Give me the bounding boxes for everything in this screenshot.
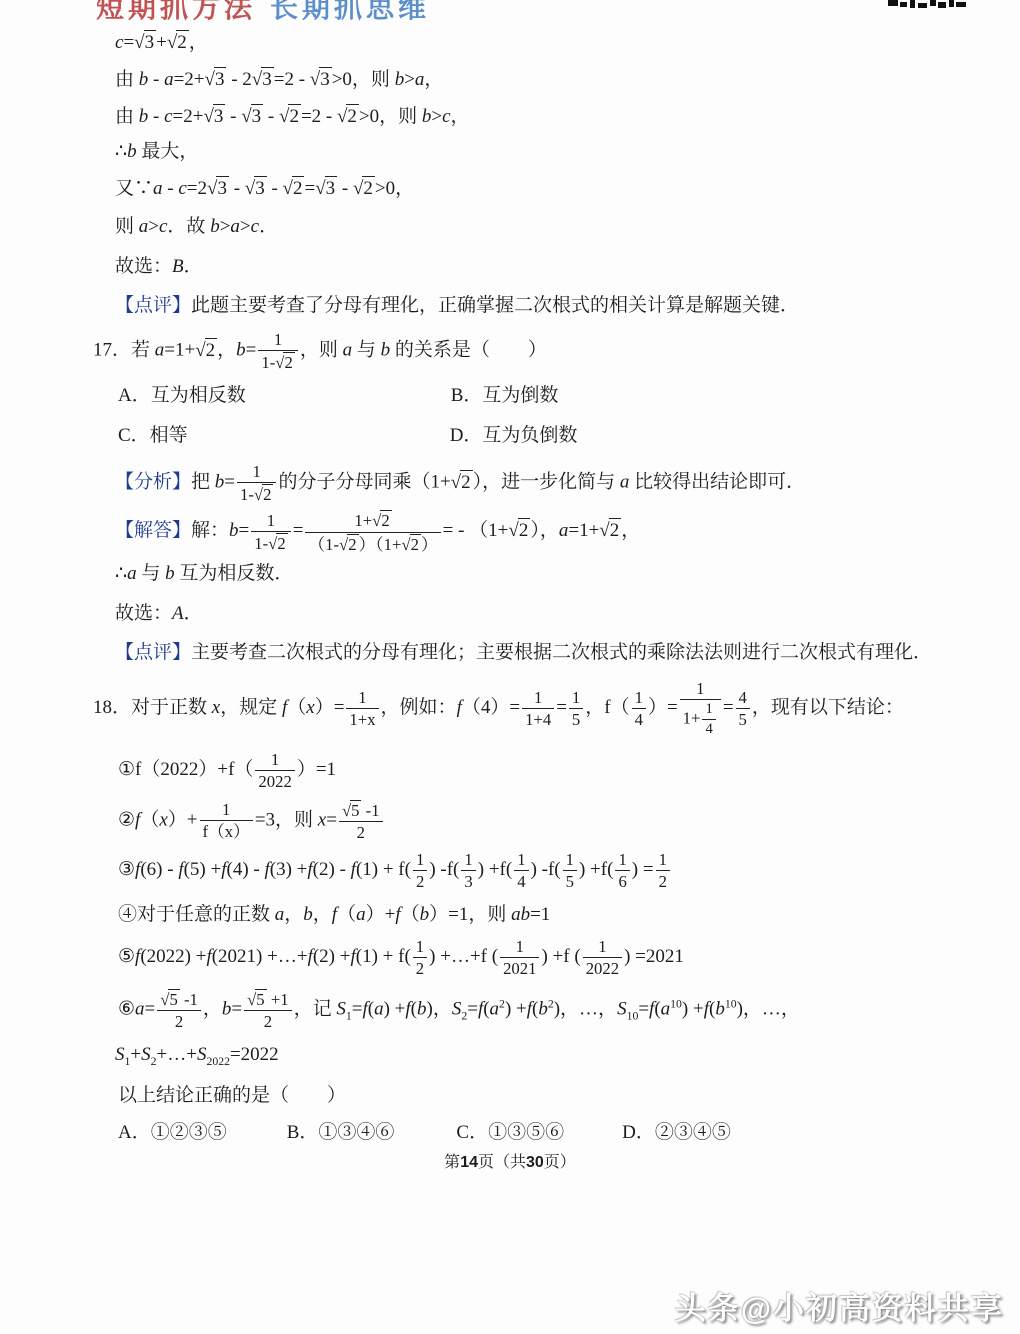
math-token: a xyxy=(620,472,630,493)
sqrt-expression: √2 xyxy=(372,510,392,530)
math-token: 2 xyxy=(416,872,424,891)
sqrt-expression: √2 xyxy=(279,104,301,129)
fraction: 14 xyxy=(514,850,528,891)
math-token: ③ xyxy=(118,859,135,880)
math-token: - 2 xyxy=(226,69,251,90)
math-token: ）= xyxy=(315,697,345,718)
math-token: = xyxy=(239,520,250,541)
text-line: 第14页（共30页） xyxy=(0,1153,1020,1173)
fraction: √5 -12 xyxy=(339,800,383,842)
sqrt-expression: √2 xyxy=(508,518,530,543)
math-token: = xyxy=(326,809,337,830)
math-token: 1 xyxy=(222,800,230,819)
math-token: (6) - xyxy=(140,859,178,880)
math-token: )， xyxy=(427,998,452,1019)
math-token: ①f（2022）+f（ xyxy=(118,759,253,780)
math-token: ， xyxy=(313,904,332,925)
math-token: 以上结论正确的是（ ） xyxy=(118,1085,346,1106)
math-token: ② xyxy=(118,809,135,830)
text-line: 故选：A． xyxy=(0,602,1020,626)
math-token: a xyxy=(230,216,240,237)
math-token: 3 xyxy=(464,872,472,891)
math-token: S xyxy=(617,998,627,1019)
math-token: B xyxy=(172,256,184,277)
fraction: 14 xyxy=(702,701,715,738)
math-token: - xyxy=(263,106,279,127)
math-token: - xyxy=(267,178,283,199)
math-token: ) = xyxy=(632,859,654,880)
sqrt-expression: √3 xyxy=(134,30,156,55)
math-token: (2021) +…+ xyxy=(212,946,308,967)
math-token: 【点评】 xyxy=(115,295,191,316)
math-token: 5 xyxy=(572,710,580,729)
math-token: 2021 xyxy=(503,959,536,978)
math-token: 2 xyxy=(357,823,365,842)
text-line: 【解答】解：b=11-√2=1+√2（1-√2）（1+√2）= - （1+√2）… xyxy=(0,510,1020,553)
top-watermark-red-text: 短期抓方法 xyxy=(96,0,256,23)
math-token: 1 xyxy=(534,688,542,707)
math-token: b xyxy=(215,472,225,493)
math-token: 4 xyxy=(517,872,525,891)
math-token: A．①②③⑤ xyxy=(118,1122,227,1143)
math-token: b xyxy=(303,904,313,925)
math-token: 由 xyxy=(115,106,139,127)
sqrt-expression: √2 xyxy=(353,176,375,201)
math-token: = xyxy=(246,340,257,361)
math-token: 1 xyxy=(464,850,472,869)
math-token: ) + xyxy=(505,998,527,1019)
math-token: 【分析】 xyxy=(115,472,191,493)
math-token: =1+ xyxy=(568,520,599,541)
math-token: ）+ xyxy=(366,904,396,925)
math-token: 1 xyxy=(635,688,643,707)
fraction: 12 xyxy=(413,850,427,891)
math-token: =2 - xyxy=(301,106,337,127)
fraction: 11+14 xyxy=(680,679,721,738)
math-token: ) +f( xyxy=(478,859,512,880)
sqrt-expression: √2 xyxy=(254,484,274,504)
math-token: = xyxy=(304,178,315,199)
math-token: (4) - xyxy=(227,859,265,880)
math-token: c xyxy=(442,106,450,127)
math-token: a xyxy=(153,178,163,199)
text-line: 18．对于正数 x，规定 f（x）=11+x，例如：f（4）=11+4=15，f… xyxy=(0,679,1020,738)
math-token: A xyxy=(172,603,184,624)
math-token: 1+ xyxy=(683,709,701,728)
math-token: S xyxy=(197,1044,207,1065)
math-token: C．相等 xyxy=(118,425,188,446)
math-token: = xyxy=(638,998,649,1019)
math-token: a xyxy=(164,69,174,90)
math-token: b xyxy=(395,69,405,90)
math-token: b xyxy=(139,69,149,90)
fraction: 15 xyxy=(569,688,583,729)
math-token: 4 xyxy=(739,688,747,707)
math-token: ⑤ xyxy=(118,946,135,967)
fraction: √5 -12 xyxy=(157,989,201,1031)
math-token: 2022 xyxy=(206,1055,230,1068)
scan-logo-icon xyxy=(888,0,966,13)
math-token: a xyxy=(374,998,384,1019)
math-token: b xyxy=(165,563,175,584)
sqrt-expression: √2 xyxy=(275,352,295,372)
math-token: 此题主要考查了分母有理化，正确掌握二次根式的相关计算是解题关键． xyxy=(191,295,799,316)
math-token: b xyxy=(229,520,239,541)
math-token: ）= xyxy=(648,697,678,718)
math-token: ab xyxy=(511,904,530,925)
math-token: 10 xyxy=(725,997,737,1010)
math-token: =1+ xyxy=(164,340,195,361)
math-token: C．①③⑤⑥ xyxy=(456,1122,564,1143)
sqrt-expression: √2 xyxy=(283,176,305,201)
math-token: ， xyxy=(451,106,470,127)
math-token: x xyxy=(159,809,167,830)
math-token: a xyxy=(356,904,366,925)
math-token: 与 xyxy=(137,563,166,584)
sqrt-expression: √2 xyxy=(451,470,473,495)
math-token: 故选： xyxy=(115,256,172,277)
math-token: - xyxy=(337,178,353,199)
math-token: S xyxy=(452,998,462,1019)
math-token: 2022 xyxy=(258,772,291,791)
math-token: 1 xyxy=(696,679,704,698)
math-token: 主要考查二次根式的分母有理化；主要根据二次根式的乘除法法则进行二次根式有理化． xyxy=(191,642,932,663)
math-token: B．①③④⑥ xyxy=(287,1122,395,1143)
math-token: b xyxy=(127,141,137,162)
text-line: 由 b - a=2+√3 - 2√3=2 - √3>0，则 b>a， xyxy=(0,67,1020,92)
sqrt-expression: √3 xyxy=(252,67,274,92)
math-token: ，规定 xyxy=(220,697,282,718)
math-token: )，…， xyxy=(554,998,617,1019)
math-token: ) -f( xyxy=(429,859,459,880)
math-token: b xyxy=(139,106,149,127)
math-token: 1 xyxy=(267,511,275,530)
content-lines: c=√3+√2，由 b - a=2+√3 - 2√3=2 - √3>0，则 b>… xyxy=(0,24,1020,1173)
math-token: ． xyxy=(184,603,203,624)
math-token: 页（共 xyxy=(478,1154,526,1171)
math-token: ， xyxy=(189,32,208,53)
math-token: 最大， xyxy=(137,141,199,162)
text-line: A．互为相反数B．互为倒数 xyxy=(0,384,1020,408)
math-token: 2022 xyxy=(586,959,619,978)
sqrt-expression: √3 xyxy=(205,67,227,92)
math-token: （ xyxy=(401,904,420,925)
math-token: =2022 xyxy=(230,1044,279,1065)
math-token: 由 xyxy=(115,69,139,90)
math-token: -1 xyxy=(361,801,379,820)
math-token: ⑥ xyxy=(118,998,135,1019)
math-token: 4 xyxy=(635,710,643,729)
sqrt-expression: √5 xyxy=(342,800,362,820)
math-token: 把 xyxy=(191,472,215,493)
math-token: a xyxy=(135,998,145,1019)
sqrt-expression: √3 xyxy=(315,176,337,201)
text-line: 【分析】把 b=11-√2的分子分母同乘（1+√2），进一步化简与 a 比较得出… xyxy=(0,462,1020,504)
fraction: 11+x xyxy=(346,688,378,729)
math-token: ． xyxy=(259,216,278,237)
math-token: 1 xyxy=(618,850,626,869)
sqrt-expression: √3 xyxy=(310,67,332,92)
math-token: ） xyxy=(421,535,438,554)
math-token: a xyxy=(490,998,500,1019)
math-token: 17．若 xyxy=(93,340,155,361)
math-token: =2+ xyxy=(173,106,204,127)
math-token: 30 xyxy=(526,1154,544,1171)
fraction: 12 xyxy=(656,850,670,891)
math-token: ∴ xyxy=(115,563,127,584)
fraction: √5 +12 xyxy=(244,989,291,1031)
math-token: b xyxy=(422,106,432,127)
text-line: 又∵a - c=2√3 - √3 - √2=√3 - √2>0， xyxy=(0,176,1020,201)
text-line: C．相等D．互为负倒数 xyxy=(0,424,1020,448)
math-token: = xyxy=(231,998,242,1019)
math-token: ) +…+f ( xyxy=(429,946,498,967)
math-token: b xyxy=(381,340,391,361)
sqrt-expression: √2 xyxy=(167,30,189,55)
math-token: = xyxy=(467,998,478,1019)
math-token: - xyxy=(225,106,241,127)
math-token: ， xyxy=(284,904,303,925)
fraction: 1f（x） xyxy=(200,800,253,841)
math-token: 1 xyxy=(358,688,366,707)
math-token: 1 xyxy=(516,937,524,956)
text-line: 则 a>c．故 b>a>c． xyxy=(0,215,1020,239)
text-line: 【点评】此题主要考查了分母有理化，正确掌握二次根式的相关计算是解题关键． xyxy=(0,294,1020,318)
sqrt-expression: √3 xyxy=(203,104,225,129)
math-token: a xyxy=(415,69,425,90)
math-token: 1 xyxy=(566,850,574,869)
math-token: 页） xyxy=(544,1154,576,1171)
text-line: ①f（2022）+f（12022）=1 xyxy=(0,750,1020,791)
sqrt-expression: √2 xyxy=(339,534,359,554)
text-line: ∴b 最大， xyxy=(0,140,1020,164)
fraction: 12022 xyxy=(583,937,622,978)
math-token: 2 xyxy=(264,1012,272,1031)
text-line: 由 b - c=2+√3 - √3 - √2=2 - √2>0，则 b>c， xyxy=(0,104,1020,129)
fraction: 45 xyxy=(736,688,750,729)
math-token: D．②③④⑤ xyxy=(622,1122,731,1143)
math-token: ， xyxy=(621,520,640,541)
math-token: （4）= xyxy=(462,697,520,718)
math-token: ， xyxy=(203,998,222,1019)
math-token: > xyxy=(431,106,442,127)
math-token: (2) + xyxy=(313,946,351,967)
math-token: > xyxy=(404,69,415,90)
math-token: 2 xyxy=(175,1012,183,1031)
math-token: 【点评】 xyxy=(115,642,191,663)
math-token: ) +f ( xyxy=(541,946,580,967)
text-line: ③f(6) - f(5) +f(4) - f(3) +f(2) - f(1) +… xyxy=(0,850,1020,891)
math-token: 与 xyxy=(352,340,381,361)
math-token: > xyxy=(240,216,251,237)
math-token: = - （1+ xyxy=(443,520,509,541)
math-token: 1 xyxy=(271,750,279,769)
math-token: 1- xyxy=(261,353,275,372)
math-token: 解： xyxy=(191,520,229,541)
fraction: 12021 xyxy=(500,937,539,978)
top-watermark-blue-text: 长期抓思维 xyxy=(270,0,430,23)
sqrt-expression: √3 xyxy=(241,104,263,129)
sqrt-expression: √5 xyxy=(160,989,180,1009)
math-token: 5 xyxy=(739,710,747,729)
math-token: = xyxy=(556,697,567,718)
math-token: = xyxy=(723,697,734,718)
math-token: ) +f( xyxy=(579,859,613,880)
math-token: 则 xyxy=(115,216,139,237)
math-token: ∴ xyxy=(115,141,127,162)
math-token: ) + xyxy=(682,998,704,1019)
math-token: 14 xyxy=(460,1154,478,1171)
math-token: = xyxy=(145,998,156,1019)
math-token: = xyxy=(293,520,304,541)
math-token: a xyxy=(559,520,569,541)
math-token: D．互为负倒数 xyxy=(450,425,578,446)
math-token: B．互为倒数 xyxy=(451,385,559,406)
math-token: A．互为相反数 xyxy=(118,385,246,406)
math-token: ，例如： xyxy=(381,697,457,718)
math-token: 5 xyxy=(566,872,574,891)
math-token: 1 xyxy=(274,330,282,349)
text-line: ⑤f(2022) +f(2021) +…+f(2) +f(1) + f(12) … xyxy=(0,937,1020,978)
fraction: 11-√2 xyxy=(237,462,276,504)
math-token: ）， xyxy=(530,520,559,541)
math-token: ) =2021 xyxy=(624,946,684,967)
math-token: =2 - xyxy=(274,69,310,90)
text-line: A．①②③⑤B．①③④⑥C．①③⑤⑥D．②③④⑤ xyxy=(0,1121,1020,1145)
math-token: （1- xyxy=(308,535,339,554)
fraction: 15 xyxy=(563,850,577,891)
fraction: 14 xyxy=(632,688,646,729)
math-token: = xyxy=(352,998,363,1019)
math-token: - xyxy=(163,178,179,199)
math-token: S xyxy=(141,1044,151,1065)
fraction: 11+4 xyxy=(522,688,554,729)
math-token: (1) + f( xyxy=(356,946,411,967)
text-line: ④对于任意的正数 a，b，f（a）+f（b）=1，则 ab=1 xyxy=(0,903,1020,927)
sqrt-expression: √2 xyxy=(599,518,621,543)
math-token: + xyxy=(156,32,167,53)
text-line: 17．若 a=1+√2，b=11-√2，则 a 与 b 的关系是（ ） xyxy=(0,330,1020,372)
math-token: 【解答】 xyxy=(115,520,191,541)
math-token: 的分子分母同乘（1+ xyxy=(278,472,450,493)
math-token: b xyxy=(538,998,548,1019)
text-line: 以上结论正确的是（ ） xyxy=(0,1084,1020,1108)
math-token: ．故 xyxy=(167,216,210,237)
math-token: 1 xyxy=(416,937,424,956)
math-token: 2 xyxy=(659,872,667,891)
fraction: 11-√2 xyxy=(251,511,290,553)
math-token: （ xyxy=(287,697,306,718)
math-token: 18．对于正数 xyxy=(93,697,212,718)
math-token: + xyxy=(130,1044,141,1065)
math-token: a xyxy=(155,340,165,361)
math-token: - xyxy=(229,178,245,199)
math-token: > xyxy=(220,216,231,237)
sqrt-expression: √2 xyxy=(401,534,421,554)
math-token: b xyxy=(236,340,246,361)
math-token: a xyxy=(275,904,285,925)
math-token: 1+x xyxy=(349,710,375,729)
math-token: (2) - xyxy=(313,859,351,880)
math-token: ， xyxy=(217,340,236,361)
math-token: 1 xyxy=(416,850,424,869)
math-token: 1- xyxy=(254,534,268,553)
math-token: ），进一步化简与 xyxy=(473,472,620,493)
sqrt-expression: √3 xyxy=(207,176,229,201)
math-token: =2+ xyxy=(174,69,205,90)
math-token: ． xyxy=(184,256,203,277)
math-token: =3，则 xyxy=(255,809,318,830)
math-token: 故选： xyxy=(115,603,172,624)
math-token: ，记 xyxy=(294,998,337,1019)
math-token: （ xyxy=(140,809,159,830)
math-token: 又∵ xyxy=(115,178,153,199)
math-token: 1 xyxy=(517,850,525,869)
text-line: ⑥a=√5 -12，b=√5 +12，记 S1=f(a) +f(b)，S2=f(… xyxy=(0,989,1020,1031)
math-token: +…+ xyxy=(157,1044,197,1065)
fraction: 11-√2 xyxy=(258,330,297,372)
math-token: = xyxy=(123,32,134,53)
math-token: (3) + xyxy=(270,859,308,880)
math-token: 第 xyxy=(444,1154,460,1171)
math-token: b xyxy=(417,998,427,1019)
math-token: 1 xyxy=(659,850,667,869)
math-token: 1 xyxy=(598,937,606,956)
bottom-watermark-text: 头条@小初高资料共享 xyxy=(675,1283,1004,1328)
math-token: 4 xyxy=(705,721,712,737)
math-token: ，则 xyxy=(300,340,343,361)
math-token: = xyxy=(224,472,235,493)
math-token: 1+4 xyxy=(525,710,551,729)
math-token: >0， xyxy=(375,178,414,199)
math-token: > xyxy=(148,216,159,237)
math-token: （ xyxy=(337,904,356,925)
math-token: (1) + f( xyxy=(356,859,411,880)
math-token: 1 xyxy=(253,462,261,481)
math-token: S xyxy=(336,998,346,1019)
fraction: 13 xyxy=(461,850,475,891)
math-token: x xyxy=(212,697,220,718)
math-token: +1 xyxy=(267,990,289,1009)
math-token: c xyxy=(251,216,259,237)
math-token: a xyxy=(127,563,137,584)
math-token: ) -f( xyxy=(531,859,561,880)
math-token: ）（1+ xyxy=(359,535,402,554)
fraction: 16 xyxy=(615,850,629,891)
text-line: ②f（x）+1f（x）=3，则 x=√5 -12 xyxy=(0,800,1020,842)
document-page: 短期抓方法长期抓思维 c=√3+√2，由 b - a=2+√3 - 2√3=2 … xyxy=(0,0,1020,1334)
math-token: 1- xyxy=(240,485,254,504)
sqrt-expression: √2 xyxy=(268,533,288,553)
math-token: ，现有以下结论： xyxy=(752,697,904,718)
text-line: 故选：B． xyxy=(0,255,1020,279)
text-line: S1+S2+…+S2022=2022 xyxy=(0,1043,1020,1070)
fraction: 12 xyxy=(413,937,427,978)
math-token: )，…， xyxy=(737,998,800,1019)
math-token: f（x） xyxy=(203,822,250,841)
math-token: -1 xyxy=(180,990,198,1009)
math-token: a xyxy=(139,216,149,237)
math-token: S xyxy=(115,1044,125,1065)
top-watermark: 短期抓方法长期抓思维 xyxy=(96,0,430,26)
text-line: 【点评】主要考查二次根式的分母有理化；主要根据二次根式的乘除法法则进行二次根式有… xyxy=(0,641,1020,665)
fraction: 1+√2（1-√2）（1+√2） xyxy=(305,510,440,553)
math-token: b xyxy=(715,998,725,1019)
math-token: 2 xyxy=(416,959,424,978)
math-token: a xyxy=(661,998,671,1019)
math-token: ) + xyxy=(384,998,406,1019)
sqrt-expression: √3 xyxy=(245,176,267,201)
